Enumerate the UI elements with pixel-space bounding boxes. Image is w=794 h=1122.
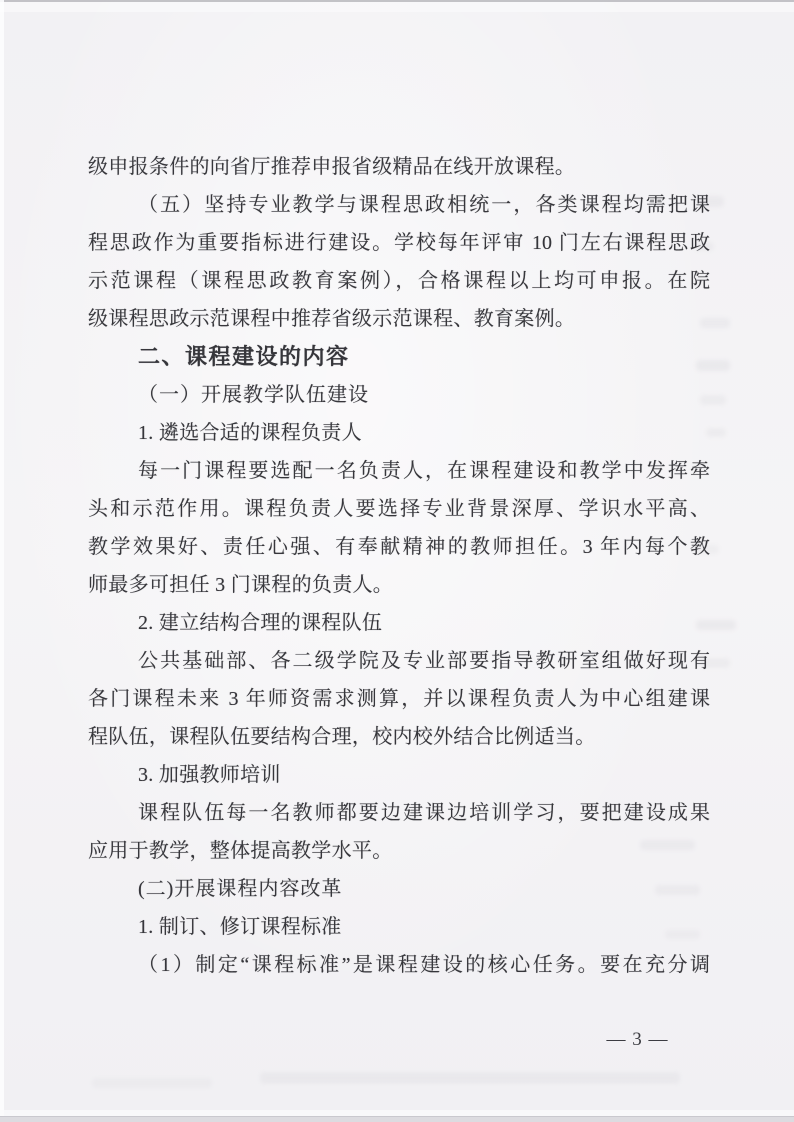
doc-line: 示范课程（课程思政教育案例），合格课程以上均可申报。在院	[88, 262, 710, 300]
doc-line: 各门课程未来 3 年师资需求测算，并以课程负责人为中心组建课	[88, 680, 710, 718]
numbered-heading: 3. 加强教师培训	[88, 756, 710, 794]
doc-line: 每一门课程要选配一名负责人，在课程建设和教学中发挥牵	[88, 452, 710, 490]
scan-edge-top-glow	[0, 2, 794, 12]
doc-line: 级申报条件的向省厅推荐申报省级精品在线开放课程。	[88, 148, 710, 186]
scan-artifact	[260, 1072, 680, 1084]
scanned-document-page: 级申报条件的向省厅推荐申报省级精品在线开放课程。 （五）坚持专业教学与课程思政相…	[0, 0, 794, 1122]
doc-line: 程思政作为重要指标进行建设。学校每年评审 10 门左右课程思政	[88, 224, 710, 262]
doc-line: 头和示范作用。课程负责人要选择专业背景深厚、学识水平高、	[88, 490, 710, 528]
page-number: — 3 —	[580, 1026, 695, 1054]
document-body: 级申报条件的向省厅推荐申报省级精品在线开放课程。 （五）坚持专业教学与课程思政相…	[88, 148, 710, 984]
doc-line: 师最多可担任 3 门课程的负责人。	[88, 566, 710, 604]
doc-line: 课程队伍每一名教师都要边建课边培训学习，要把建设成果	[88, 794, 710, 832]
doc-line: 公共基础部、各二级学院及专业部要指导教研室组做好现有	[88, 642, 710, 680]
numbered-heading: 1. 遴选合适的课程负责人	[88, 414, 710, 452]
scan-artifact	[92, 1078, 212, 1088]
subsection-heading: （一）开展教学队伍建设	[88, 376, 710, 414]
doc-line: 教学效果好、责任心强、有奉献精神的教师担任。3 年内每个教	[88, 528, 710, 566]
subsection-heading: (二)开展课程内容改革	[88, 870, 710, 908]
doc-line: 应用于教学，整体提高教学水平。	[88, 832, 710, 870]
doc-line: （1）制定“课程标准”是课程建设的核心任务。要在充分调	[88, 946, 710, 984]
section-heading: 二、课程建设的内容	[88, 338, 710, 376]
doc-line: 程队伍，课程队伍要结构合理，校内校外结合比例适当。	[88, 718, 710, 756]
scan-edge-bottom	[0, 1116, 794, 1122]
numbered-heading: 1. 制订、修订课程标准	[88, 908, 710, 946]
scan-edge-left	[0, 0, 4, 1122]
numbered-heading: 2. 建立结构合理的课程队伍	[88, 604, 710, 642]
doc-line: （五）坚持专业教学与课程思政相统一，各类课程均需把课	[88, 186, 710, 224]
doc-line: 级课程思政示范课程中推荐省级示范课程、教育案例。	[88, 300, 710, 338]
